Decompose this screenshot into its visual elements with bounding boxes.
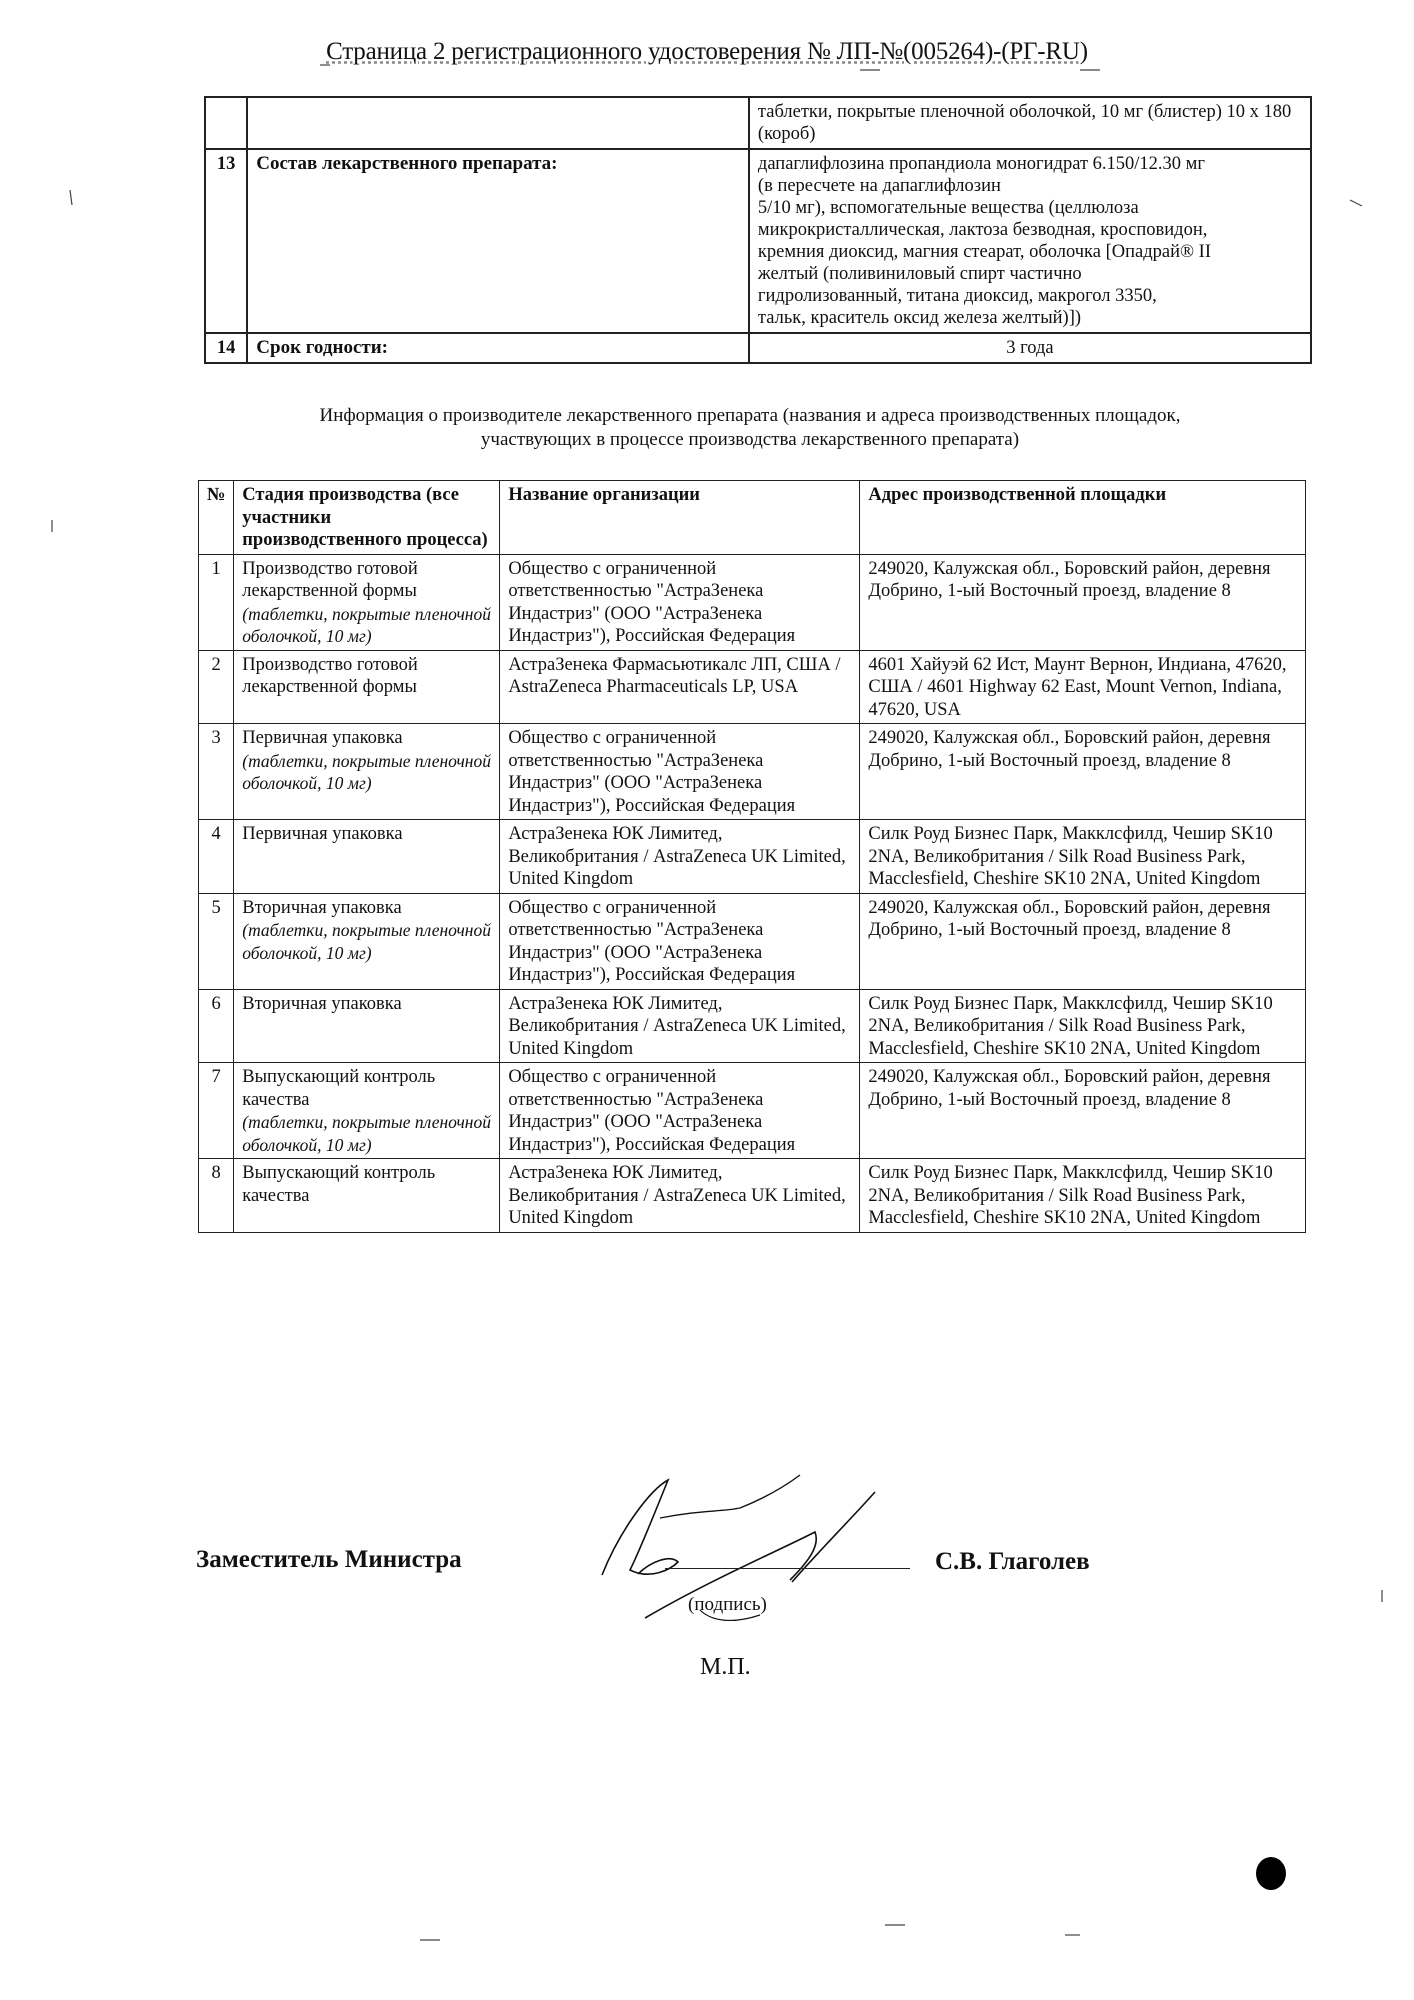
row-label: Состав лекарственного препарата: bbox=[247, 149, 749, 333]
composition-line: микрокристаллическая, лактоза безводная,… bbox=[758, 219, 1302, 241]
table-row: 13 Состав лекарственного препарата: дапа… bbox=[205, 149, 1311, 333]
manufacturers-table: № Стадия производства (все участники про… bbox=[198, 480, 1306, 1233]
stage-name: Первичная упаковка bbox=[242, 824, 402, 844]
page-header: Страница 2 регистрационного удостоверени… bbox=[0, 38, 1414, 66]
site-address: 249020, Калужская обл., Боровский район,… bbox=[860, 893, 1306, 989]
scan-artifact-dot bbox=[1256, 1857, 1286, 1890]
composition-line: дапаглифлозина пропандиола моногидрат 6.… bbox=[758, 153, 1302, 175]
header-organization: Название организации bbox=[500, 481, 860, 555]
row-number: 5 bbox=[199, 893, 234, 989]
row-number: 8 bbox=[199, 1159, 234, 1233]
stage-name: Выпускающий контроль качества bbox=[242, 1067, 435, 1110]
row-label: Срок годности: bbox=[247, 333, 749, 363]
production-stage: Выпускающий контроль качества bbox=[234, 1159, 500, 1233]
organization-name: Общество с ограниченной ответственностью… bbox=[500, 893, 860, 989]
table-row: таблетки, покрытые пленочной оболочкой, … bbox=[205, 97, 1311, 149]
header-num: № bbox=[199, 481, 234, 555]
organization-name: АстраЗенека ЮК Лимитед, Великобритания /… bbox=[500, 1159, 860, 1233]
table-row: 7Выпускающий контроль качества(таблетки,… bbox=[199, 1063, 1306, 1159]
stage-name: Производство готовой лекарственной формы bbox=[242, 559, 418, 602]
site-address: 249020, Калужская обл., Боровский район,… bbox=[860, 724, 1306, 820]
organization-name: АстраЗенека ЮК Лимитед, Великобритания /… bbox=[500, 989, 860, 1063]
production-stage: Первичная упаковка bbox=[234, 820, 500, 894]
production-stage: Вторичная упаковка bbox=[234, 989, 500, 1063]
row-number bbox=[205, 97, 247, 149]
stage-note: (таблетки, покрытые пленочной оболочкой,… bbox=[242, 603, 491, 648]
row-number: 3 bbox=[199, 724, 234, 820]
row-number: 2 bbox=[199, 650, 234, 724]
production-stage: Выпускающий контроль качества(таблетки, … bbox=[234, 1063, 500, 1159]
composition-line: кремния диоксид, магния стеарат, оболочк… bbox=[758, 241, 1302, 263]
signatory-role: Заместитель Министра bbox=[196, 1546, 462, 1574]
stage-name: Вторичная упаковка bbox=[242, 898, 401, 918]
header-stage: Стадия производства (все участники произ… bbox=[234, 481, 500, 555]
row-number: 7 bbox=[199, 1063, 234, 1159]
organization-name: АстраЗенека ЮК Лимитед, Великобритания /… bbox=[500, 820, 860, 894]
composition-line: (в пересчете на дапаглифлозин bbox=[758, 175, 1302, 197]
row-number: 14 bbox=[205, 333, 247, 363]
table-row: 1Производство готовой лекарственной форм… bbox=[199, 554, 1306, 650]
page-title: Страница 2 регистрационного удостоверени… bbox=[326, 38, 1088, 65]
registration-details-table: таблетки, покрытые пленочной оболочкой, … bbox=[204, 96, 1312, 364]
caption-line: участвующих в процессе производства лека… bbox=[250, 428, 1250, 452]
production-stage: Производство готовой лекарственной формы… bbox=[234, 554, 500, 650]
site-address: 249020, Калужская обл., Боровский район,… bbox=[860, 1063, 1306, 1159]
site-address: Силк Роуд Бизнес Парк, Макклсфилд, Чешир… bbox=[860, 820, 1306, 894]
site-address: Силк Роуд Бизнес Парк, Макклсфилд, Чешир… bbox=[860, 1159, 1306, 1233]
table-row: 8Выпускающий контроль качестваАстраЗенек… bbox=[199, 1159, 1306, 1233]
row-number: 4 bbox=[199, 820, 234, 894]
organization-name: Общество с ограниченной ответственностью… bbox=[500, 1063, 860, 1159]
table-row: 6Вторичная упаковкаАстраЗенека ЮК Лимите… bbox=[199, 989, 1306, 1063]
production-stage: Производство готовой лекарственной формы bbox=[234, 650, 500, 724]
composition-line: желтый (поливиниловый спирт частично bbox=[758, 263, 1302, 285]
stage-note: (таблетки, покрытые пленочной оболочкой,… bbox=[242, 1111, 491, 1156]
table-header-row: № Стадия производства (все участники про… bbox=[199, 481, 1306, 555]
row-label bbox=[247, 97, 749, 149]
composition-line: тальк, краситель оксид железа желтый)]) bbox=[758, 307, 1302, 329]
signature-caption: (подпись) bbox=[688, 1594, 767, 1616]
site-address: 249020, Калужская обл., Боровский район,… bbox=[860, 554, 1306, 650]
row-number: 6 bbox=[199, 989, 234, 1063]
stamp-label: М.П. bbox=[700, 1654, 751, 1681]
stage-name: Первичная упаковка bbox=[242, 728, 402, 748]
row-number: 1 bbox=[199, 554, 234, 650]
row-number: 13 bbox=[205, 149, 247, 333]
signatory-name: С.В. Глаголев bbox=[935, 1548, 1090, 1576]
header-address: Адрес производственной площадки bbox=[860, 481, 1306, 555]
site-address: 4601 Хайуэй 62 Ист, Маунт Вернон, Индиан… bbox=[860, 650, 1306, 724]
manufacturer-info-caption: Информация о производителе лекарственног… bbox=[250, 404, 1250, 452]
production-stage: Вторичная упаковка(таблетки, покрытые пл… bbox=[234, 893, 500, 989]
stage-note: (таблетки, покрытые пленочной оболочкой,… bbox=[242, 919, 491, 964]
table-row: 5Вторичная упаковка(таблетки, покрытые п… bbox=[199, 893, 1306, 989]
composition-value: дапаглифлозина пропандиола моногидрат 6.… bbox=[749, 149, 1311, 333]
site-address: Силк Роуд Бизнес Парк, Макклсфилд, Чешир… bbox=[860, 989, 1306, 1063]
row-value: 3 года bbox=[749, 333, 1311, 363]
composition-line: гидролизованный, титана диоксид, макрого… bbox=[758, 285, 1302, 307]
signature-line bbox=[665, 1568, 910, 1569]
organization-name: Общество с ограниченной ответственностью… bbox=[500, 724, 860, 820]
composition-line: 5/10 мг), вспомогательные вещества (целл… bbox=[758, 197, 1302, 219]
organization-name: Общество с ограниченной ответственностью… bbox=[500, 554, 860, 650]
table-row: 4Первичная упаковкаАстраЗенека ЮК Лимите… bbox=[199, 820, 1306, 894]
organization-name: АстраЗенека Фармасьютикалс ЛП, США / Ast… bbox=[500, 650, 860, 724]
table-row: 2Производство готовой лекарственной форм… bbox=[199, 650, 1306, 724]
stage-note: (таблетки, покрытые пленочной оболочкой,… bbox=[242, 750, 491, 795]
row-value: таблетки, покрытые пленочной оболочкой, … bbox=[749, 97, 1311, 149]
production-stage: Первичная упаковка(таблетки, покрытые пл… bbox=[234, 724, 500, 820]
stage-name: Вторичная упаковка bbox=[242, 994, 401, 1014]
manufacturers-body: 1Производство готовой лекарственной форм… bbox=[199, 554, 1306, 1232]
stage-name: Выпускающий контроль качества bbox=[242, 1163, 435, 1206]
table-row: 14 Срок годности: 3 года bbox=[205, 333, 1311, 363]
stage-name: Производство готовой лекарственной формы bbox=[242, 655, 418, 698]
caption-line: Информация о производителе лекарственног… bbox=[250, 404, 1250, 428]
table-row: 3Первичная упаковка(таблетки, покрытые п… bbox=[199, 724, 1306, 820]
